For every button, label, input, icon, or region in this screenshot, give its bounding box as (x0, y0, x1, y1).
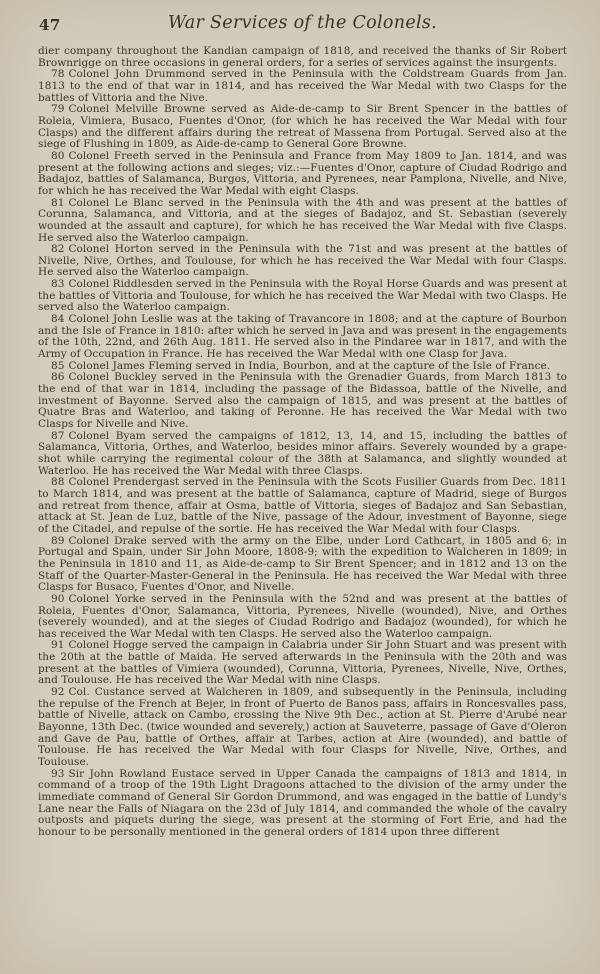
entry-text: Colonel Le Blanc served in the Peninsula… (38, 197, 567, 244)
service-entry: 82Colonel Horton served in the Peninsula… (38, 244, 567, 279)
entry-text: Sir John Rowland Eustace served in Upper… (38, 768, 567, 838)
service-entry: 81Colonel Le Blanc served in the Peninsu… (38, 198, 567, 245)
entry-number: 91 (51, 639, 64, 651)
entry-text: dier company throughout the Kandian camp… (38, 45, 567, 69)
entry-number: 87 (51, 430, 64, 442)
service-entry: 78Colonel John Drummond served in the Pe… (38, 69, 567, 104)
entry-text: Colonel Riddlesden served in the Peninsu… (38, 278, 567, 313)
page-number: 47 (39, 16, 61, 34)
entry-number: 83 (51, 278, 64, 290)
service-entry: 86Colonel Buckley served in the Peninsul… (38, 372, 567, 430)
entry-number: 92 (51, 686, 64, 698)
entry-number: 90 (51, 593, 64, 605)
entry-text: Colonel John Leslie was at the taking of… (38, 313, 567, 360)
book-page: 47 War Services of the Colonels. dier co… (0, 0, 600, 974)
entry-number: 80 (51, 150, 64, 162)
service-entry: 90Colonel Yorke served in the Peninsula … (38, 594, 567, 641)
entry-number: 82 (51, 243, 64, 255)
entry-number: 84 (51, 313, 64, 325)
running-title: War Services of the Colonels. (168, 13, 437, 33)
entry-text: Colonel James Fleming served in India, B… (68, 360, 550, 372)
service-entry: dier company throughout the Kandian camp… (38, 46, 567, 69)
entry-number: 85 (51, 360, 64, 372)
entry-text: Colonel Horton served in the Peninsula w… (38, 243, 567, 278)
entry-text: Colonel Hogge served the campaign in Cal… (38, 639, 567, 686)
entry-text: Colonel John Drummond served in the Peni… (38, 68, 567, 103)
entry-number: 89 (51, 535, 64, 547)
entry-text: Col. Custance served at Walcheren in 180… (38, 686, 567, 768)
service-entry: 79Colonel Melville Browne served as Aide… (38, 104, 567, 151)
entry-number: 78 (51, 68, 64, 80)
service-entry: 84Colonel John Leslie was at the taking … (38, 314, 567, 361)
service-entry: 83Colonel Riddlesden served in the Penin… (38, 279, 567, 314)
service-entry: 88Colonel Prendergast served in the Peni… (38, 477, 567, 535)
service-entry: 89Colonel Drake served with the army on … (38, 536, 567, 594)
service-entry: 93Sir John Rowland Eustace served in Upp… (38, 769, 567, 839)
page-header: 47 War Services of the Colonels. (38, 13, 567, 39)
page-body: dier company throughout the Kandian camp… (38, 46, 567, 839)
entry-number: 79 (51, 103, 64, 115)
service-entry: 80Colonel Freeth served in the Peninsula… (38, 151, 567, 198)
entry-text: Colonel Prendergast served in the Penins… (38, 476, 567, 535)
entry-number: 93 (51, 768, 64, 780)
entry-number: 86 (51, 371, 64, 383)
entry-number: 88 (51, 476, 64, 488)
service-entry: 87Colonel Byam served the campaigns of 1… (38, 431, 567, 478)
entry-text: Colonel Drake served with the army on th… (38, 535, 567, 594)
entry-text: Colonel Freeth served in the Peninsula a… (38, 150, 567, 197)
service-entry: 92Col. Custance served at Walcheren in 1… (38, 687, 567, 769)
entry-text: Colonel Buckley served in the Peninsula … (38, 371, 567, 430)
entry-text: Colonel Yorke served in the Peninsula wi… (38, 593, 567, 640)
entry-number: 81 (51, 197, 64, 209)
entry-text: Colonel Melville Browne served as Aide-d… (38, 103, 567, 150)
entry-text: Colonel Byam served the campaigns of 181… (38, 430, 567, 477)
service-entry: 91Colonel Hogge served the campaign in C… (38, 640, 567, 687)
